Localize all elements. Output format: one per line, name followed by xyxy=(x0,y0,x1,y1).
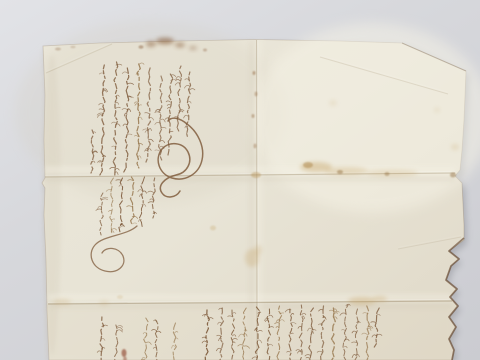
photograph-of-manuscript xyxy=(0,0,480,360)
manuscript-scene xyxy=(0,0,480,360)
